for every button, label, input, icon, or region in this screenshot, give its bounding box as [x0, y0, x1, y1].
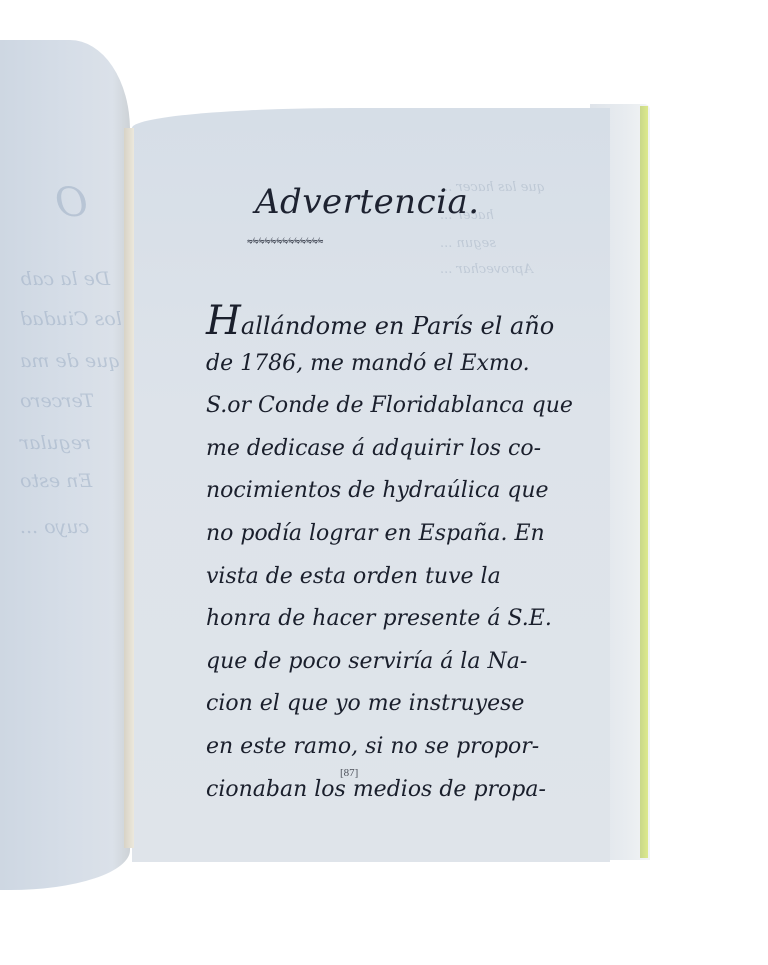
text-line: cionaban los medios de propa-: [206, 769, 526, 812]
text-line: Hallándome en París el año: [206, 300, 526, 343]
heading-ornament: ≈⁄≈⁄≈⁄≈⁄≈⁄≈⁄≈⁄≈⁄≈⁄≈⁄≈⁄≈⁄≈: [247, 236, 423, 246]
show-through-text: Tercero: [20, 390, 94, 412]
show-through-text: En esto: [20, 470, 92, 492]
show-through-text: Aprovechar ...: [440, 262, 533, 277]
show-through-text: De la cab: [20, 268, 110, 290]
left-page: O De la cab los Ciudad que de ma Tercero…: [0, 40, 130, 890]
page-number: [87]: [340, 767, 358, 779]
manuscript-text: Hallándome en París el año de 1786, me m…: [206, 300, 526, 811]
text-line: no podía lograr en España. En: [206, 513, 526, 556]
show-through-text: que de ma: [20, 350, 120, 372]
text-line: de 1786, me mandó el Exmo.: [206, 343, 526, 386]
page-heading: Advertencia.: [255, 182, 480, 222]
book-photo: O De la cab los Ciudad que de ma Tercero…: [0, 0, 768, 965]
show-through-text: los Ciudad: [20, 308, 122, 330]
show-through-text: segun ...: [440, 236, 496, 251]
text-line: cion el que yo me instruyese: [206, 683, 526, 726]
text-line: honra de hacer presente á S.E.: [206, 598, 526, 641]
show-through-text: O: [55, 180, 88, 226]
cover-edge: [640, 106, 648, 858]
text-line: me dedicase á adquirir los co-: [206, 428, 526, 471]
show-through-text: regular: [20, 432, 91, 454]
gutter: [124, 128, 134, 848]
text-line: vista de esta orden tuve la: [206, 556, 526, 599]
text-line: en este ramo, si no se propor-: [206, 726, 526, 769]
text-line: nocimientos de hydraúlica que: [206, 470, 526, 513]
text-line: S.or Conde de Floridablanca que: [206, 385, 526, 428]
show-through-text: cuyo ...: [20, 516, 89, 538]
text-line: que de poco serviría á la Na-: [206, 641, 526, 684]
